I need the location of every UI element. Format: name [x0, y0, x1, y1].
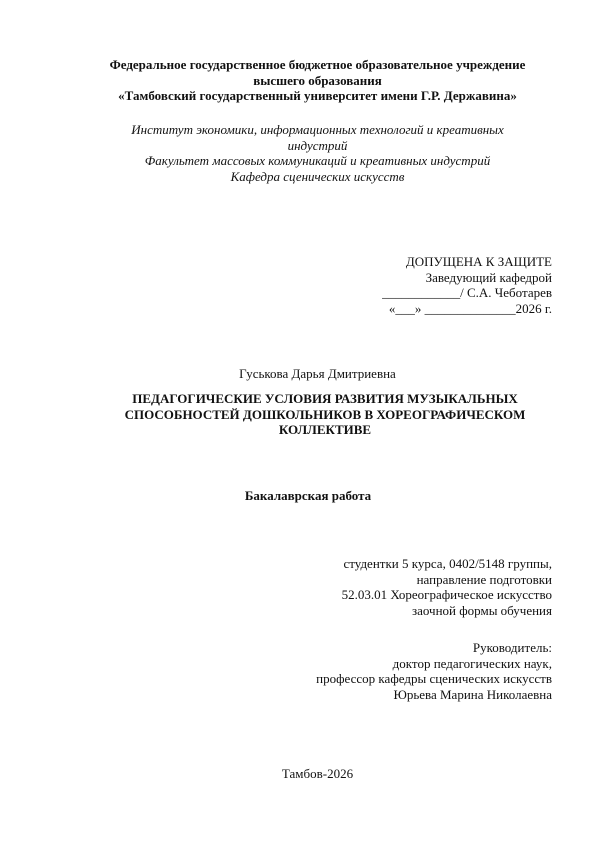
student-study-form: заочной формы обучения — [290, 603, 552, 619]
student-info: студентки 5 курса, 0402/5148 группы, нап… — [290, 556, 552, 618]
institute-name-line-2: индустрий — [40, 138, 595, 154]
supervisor-degree: доктор педагогических наук, — [270, 656, 552, 672]
approval-date-line: «___» ______________2026 г. — [340, 301, 552, 317]
department-name: Кафедра сценических искусств — [40, 169, 595, 185]
institute-name-line-1: Институт экономики, информационных техно… — [40, 122, 595, 138]
header-line-university: «Тамбовский государственный университет … — [40, 88, 595, 104]
header-line-ministry: Федеральное государственное бюджетное об… — [40, 57, 595, 73]
author-name: Гуськова Дарья Дмитриевна — [40, 366, 595, 382]
institute-block: Институт экономики, информационных техно… — [40, 122, 595, 184]
supervisor-label: Руководитель: — [270, 640, 552, 656]
thesis-title: ПЕДАГОГИЧЕСКИЕ УСЛОВИЯ РАЗВИТИЯ МУЗЫКАЛЬ… — [60, 391, 590, 438]
approval-role: Заведующий кафедрой — [340, 270, 552, 286]
university-header: Федеральное государственное бюджетное об… — [40, 57, 595, 104]
work-type: Бакалаврская работа — [200, 488, 416, 504]
student-direction-label: направление подготовки — [290, 572, 552, 588]
approval-block: ДОПУЩЕНА К ЗАЩИТЕ Заведующий кафедрой __… — [340, 254, 552, 316]
approval-signature-line: ____________/ С.А. Чеботарев — [340, 285, 552, 301]
supervisor-name: Юрьева Марина Николаевна — [270, 687, 552, 703]
student-direction: 52.03.01 Хореографическое искусство — [290, 587, 552, 603]
thesis-title-line-1: ПЕДАГОГИЧЕСКИЕ УСЛОВИЯ РАЗВИТИЯ МУЗЫКАЛЬ… — [60, 391, 590, 407]
approval-status: ДОПУЩЕНА К ЗАЩИТЕ — [340, 254, 552, 270]
supervisor-info: Руководитель: доктор педагогических наук… — [270, 640, 552, 702]
faculty-name: Факультет массовых коммуникаций и креати… — [40, 153, 595, 169]
city-year: Тамбов-2026 — [40, 766, 595, 782]
thesis-title-line-2: СПОСОБНОСТЕЙ ДОШКОЛЬНИКОВ В ХОРЕОГРАФИЧЕ… — [60, 407, 590, 423]
student-course-group: студентки 5 курса, 0402/5148 группы, — [290, 556, 552, 572]
header-line-education: высшего образования — [40, 73, 595, 89]
thesis-title-line-3: КОЛЛЕКТИВЕ — [60, 422, 590, 438]
supervisor-position: профессор кафедры сценических искусств — [270, 671, 552, 687]
